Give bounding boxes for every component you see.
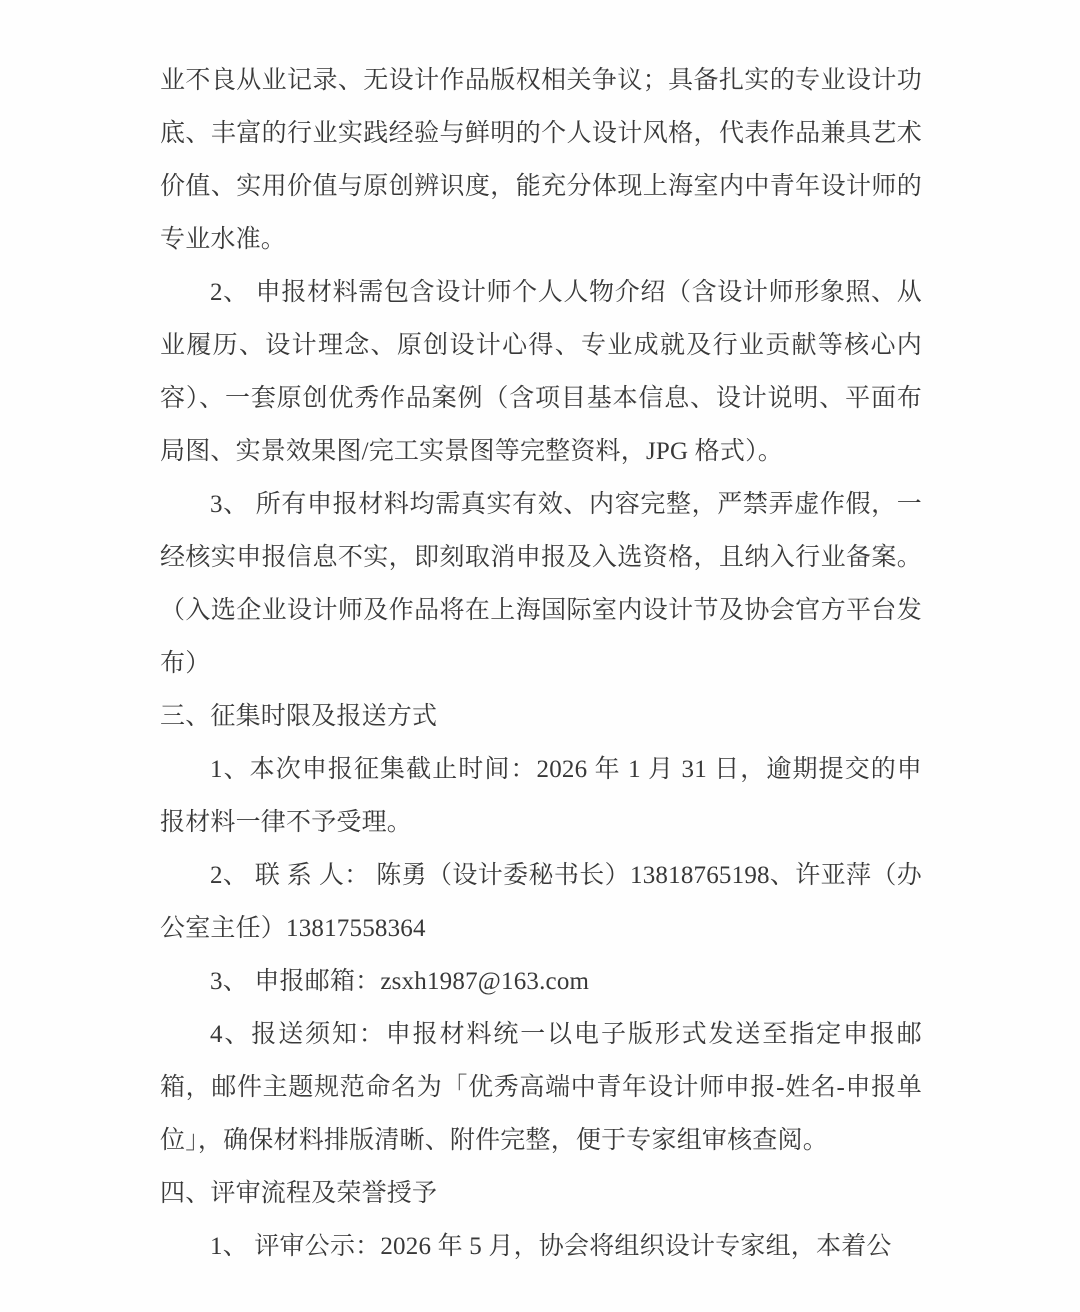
body-paragraph-authenticity: 3、 所有申报材料均需真实有效、内容完整，严禁弄虚作假，一经核实申报信息不实，即…	[160, 478, 922, 690]
body-paragraph-email: 3、 申报邮箱：zsxh1987@163.com	[160, 955, 922, 1008]
body-paragraph-contacts: 2、 联 系 人： 陈勇（设计委秘书长）13818765198、许亚萍（办公室主…	[160, 849, 922, 955]
section-heading-deadline-submission: 三、征集时限及报送方式	[160, 690, 922, 743]
body-paragraph-continuation: 业不良从业记录、无设计作品版权相关争议；具备扎实的专业设计功底、丰富的行业实践经…	[160, 54, 922, 266]
body-paragraph-materials: 2、 申报材料需包含设计师个人人物介绍（含设计师形象照、从业履历、设计理念、原创…	[160, 266, 922, 478]
section-heading-review-honor: 四、评审流程及荣誉授予	[160, 1167, 922, 1220]
body-paragraph-deadline: 1、本次申报征集截止时间：2026 年 1 月 31 日，逾期提交的申报材料一律…	[160, 743, 922, 849]
body-paragraph-submission-notes: 4、报送须知：申报材料统一以电子版形式发送至指定申报邮箱，邮件主题规范命名为「优…	[160, 1008, 922, 1167]
document-page: 业不良从业记录、无设计作品版权相关争议；具备扎实的专业设计功底、丰富的行业实践经…	[0, 0, 1080, 1312]
body-paragraph-review-publicity: 1、 评审公示：2026 年 5 月，协会将组织设计专家组，本着公	[160, 1220, 922, 1273]
